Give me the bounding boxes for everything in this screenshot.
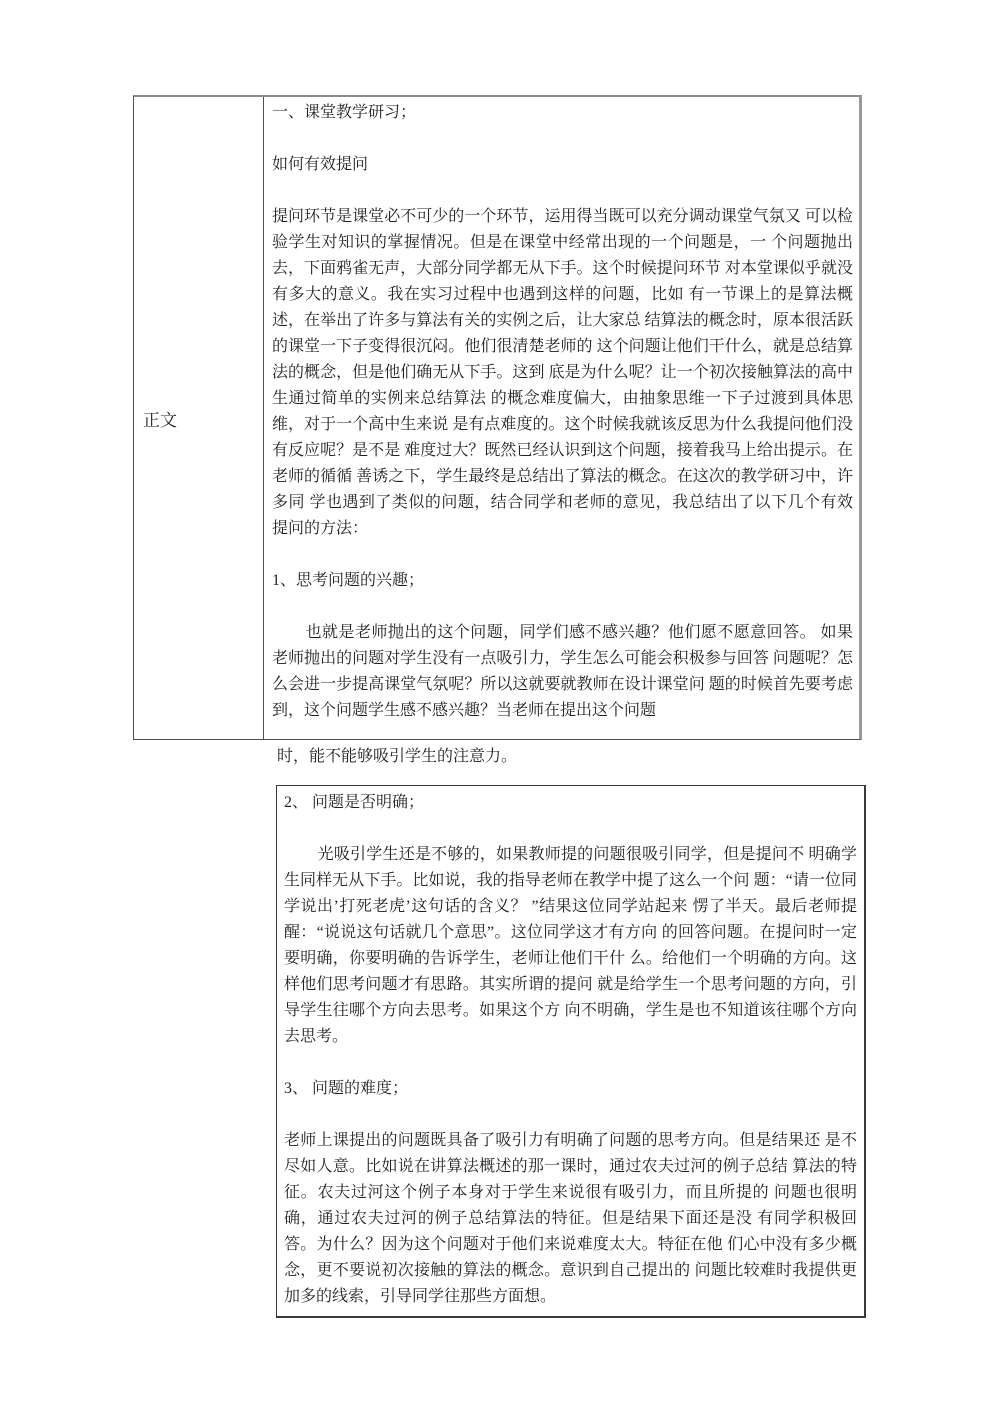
- row-label: 正文: [143, 406, 177, 431]
- intro-paragraph: 提问环节是课堂必不可少的一个环节，运用得当既可以充分调动课堂气氛又 可以检验学生…: [272, 204, 853, 542]
- row-label-cell: 正文: [134, 97, 264, 739]
- text-box: 2、 问题是否明确； 光吸引学生还是不够的，如果教师提的问题很吸引同学，但是提问…: [276, 785, 866, 1318]
- list-item-3-paragraph: 老师上课提出的问题既具备了吸引力有明确了问题的思考方向。但是结果还 是不尽如人意…: [284, 1128, 857, 1310]
- list-item-2-paragraph: 光吸引学生还是不够的，如果教师提的问题很吸引同学，但是提问不 明确学生同样无从下…: [284, 842, 857, 1050]
- document-page: 正文 一、课堂教学研习； 如何有效提问 提问环节是课堂必不可少的一个环节，运用得…: [0, 0, 1000, 1415]
- subheading: 如何有效提问: [272, 152, 853, 178]
- body-cell: 一、课堂教学研习； 如何有效提问 提问环节是课堂必不可少的一个环节，运用得当既可…: [264, 97, 859, 739]
- list-item-1-paragraph: 也就是老师抛出的这个问题，同学们感不感兴趣？他们愿不愿意回答。 如果老师抛出的问…: [272, 620, 853, 724]
- section-heading: 一、课堂教学研习；: [272, 100, 853, 126]
- content-table: 正文 一、课堂教学研习； 如何有效提问 提问环节是课堂必不可少的一个环节，运用得…: [133, 95, 862, 740]
- continuation-line: 时，能不能够吸引学生的注意力。: [277, 744, 517, 770]
- list-item-1-title: 1、思考问题的兴趣；: [272, 568, 853, 594]
- list-item-3-title: 3、 问题的难度；: [284, 1076, 857, 1102]
- list-item-2-title: 2、 问题是否明确；: [284, 790, 857, 816]
